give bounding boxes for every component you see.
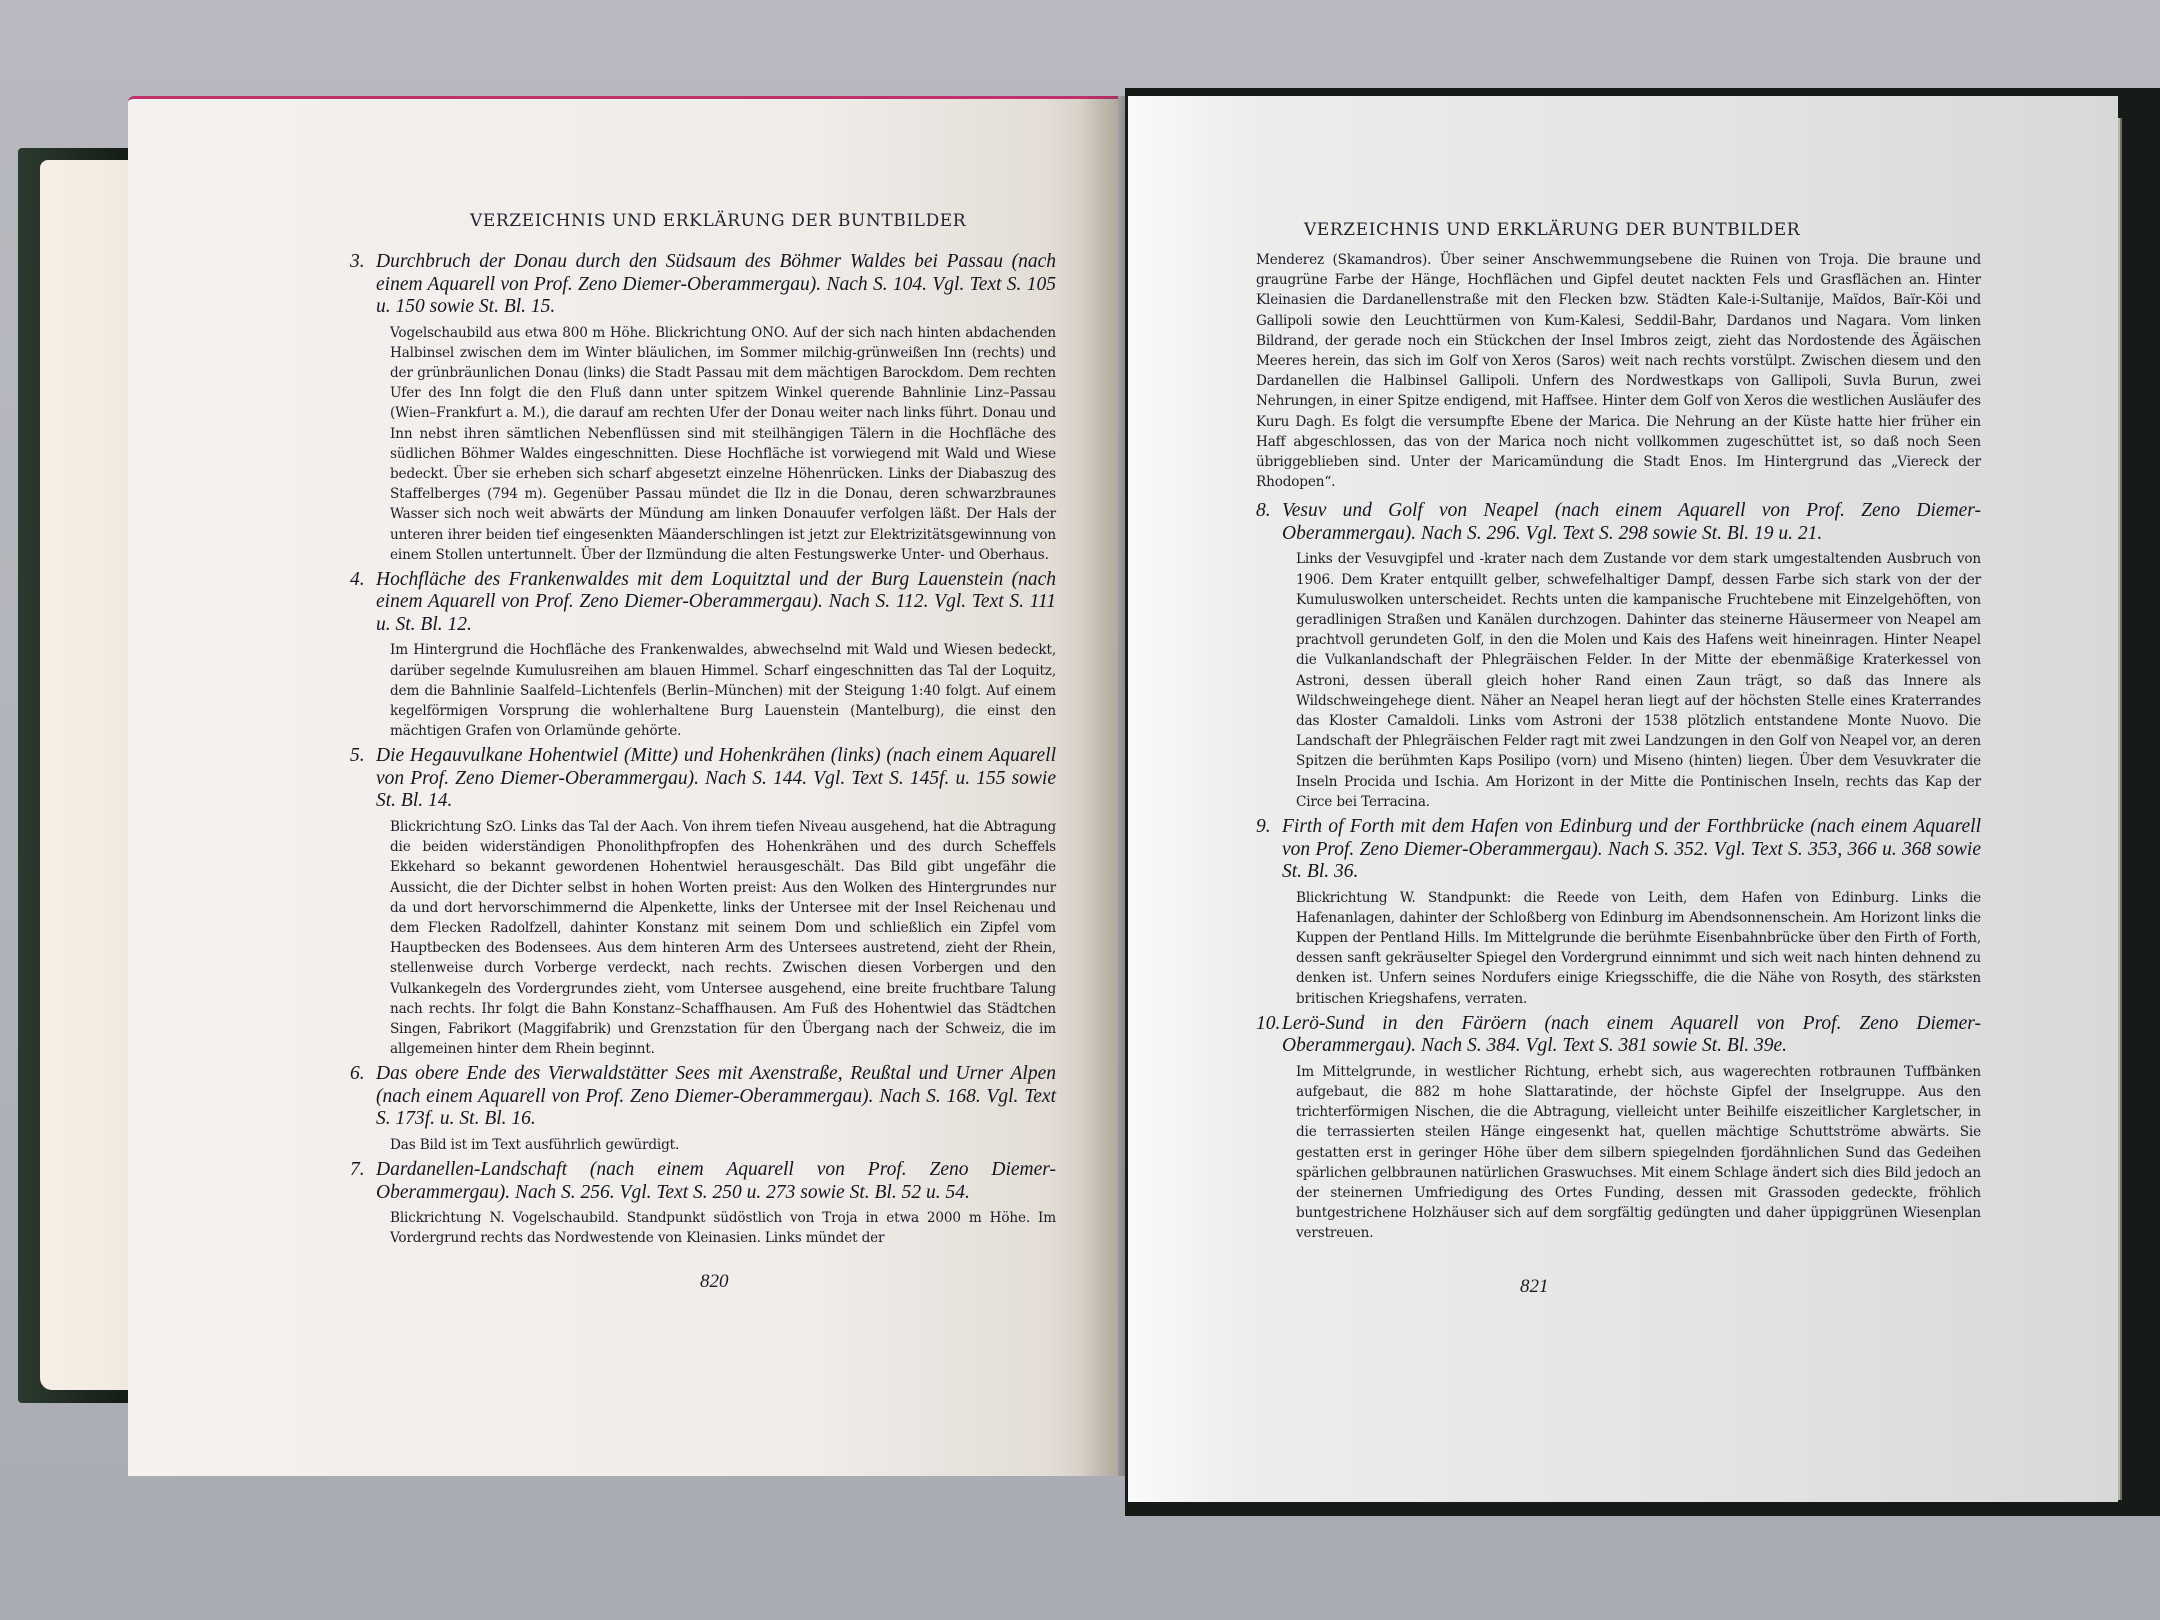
entry-number: 6.	[350, 1063, 376, 1086]
entry-title-text: Durchbruch der Donau durch den Südsaum d…	[376, 251, 1056, 317]
entry-number: 8.	[1256, 500, 1282, 523]
entry-title: 3.Durchbruch der Donau durch den Südsaum…	[350, 251, 1056, 319]
right-page-content: Menderez (Skamandros). Über seiner Ansch…	[1256, 250, 1981, 1248]
entry-body: Blickrichtung SzO. Links das Tal der Aac…	[350, 817, 1056, 1059]
entry-title-text: Hochfläche des Frankenwaldes mit dem Loq…	[376, 569, 1056, 635]
entry-8: 8.Vesuv und Golf von Neapel (nach einem …	[1256, 500, 1981, 812]
entry-number: 7.	[350, 1159, 376, 1182]
entry-title: 9.Firth of Forth mit dem Hafen von Edinb…	[1256, 816, 1981, 884]
entry-number: 3.	[350, 251, 376, 274]
entry-body: Blickrichtung W. Standpunkt: die Reede v…	[1256, 888, 1981, 1009]
entry-3: 3.Durchbruch der Donau durch den Südsaum…	[350, 251, 1056, 565]
entry-number: 4.	[350, 569, 376, 592]
entry-6: 6.Das obere Ende des Vierwaldstätter See…	[350, 1063, 1056, 1155]
entry-title: 10.Lerö-Sund in den Färöern (nach einem …	[1256, 1013, 1981, 1058]
entry-number: 5.	[350, 745, 376, 768]
entry-body: Links der Vesuvgipfel und -krater nach d…	[1256, 549, 1981, 812]
entry-title-text: Vesuv und Golf von Neapel (nach einem Aq…	[1282, 500, 1981, 544]
entry-9: 9.Firth of Forth mit dem Hafen von Edinb…	[1256, 816, 1981, 1009]
running-head-left: VERZEICHNIS UND ERKLÄRUNG DER BUNTBILDER	[470, 211, 970, 231]
entry-4: 4.Hochfläche des Frankenwaldes mit dem L…	[350, 569, 1056, 742]
entry-5: 5.Die Hegauvulkane Hohentwiel (Mitte) un…	[350, 745, 1056, 1059]
entry-title-text: Das obere Ende des Vierwaldstätter Sees …	[376, 1063, 1056, 1129]
entry-title-text: Lerö-Sund in den Färöern (nach einem Aqu…	[1282, 1013, 1981, 1057]
entry-title: 5.Die Hegauvulkane Hohentwiel (Mitte) un…	[350, 745, 1056, 813]
entry-title-text: Firth of Forth mit dem Hafen von Edinbur…	[1282, 816, 1981, 882]
entry-title: 8.Vesuv und Golf von Neapel (nach einem …	[1256, 500, 1981, 545]
entry-body: Blickrichtung N. Vogelschaubild. Standpu…	[350, 1208, 1056, 1248]
page-number-right: 821	[1520, 1276, 1549, 1298]
entry-10: 10.Lerö-Sund in den Färöern (nach einem …	[1256, 1013, 1981, 1244]
page-number-left: 820	[700, 1271, 729, 1293]
running-head-right: VERZEICHNIS UND ERKLÄRUNG DER BUNTBILDER	[1304, 220, 1864, 240]
entry-title-text: Die Hegauvulkane Hohentwiel (Mitte) und …	[376, 745, 1056, 811]
entry-body: Vogelschaubild aus etwa 800 m Höhe. Blic…	[350, 323, 1056, 565]
entry-body: Das Bild ist im Text ausführlich gewürdi…	[350, 1135, 1056, 1155]
entry-title: 4.Hochfläche des Frankenwaldes mit dem L…	[350, 569, 1056, 637]
left-page: VERZEICHNIS UND ERKLÄRUNG DER BUNTBILDER…	[128, 96, 1118, 1476]
entry-7-continuation: Menderez (Skamandros). Über seiner Ansch…	[1256, 250, 1981, 492]
entry-7: 7.Dardanellen-Landschaft (nach einem Aqu…	[350, 1159, 1056, 1248]
entry-title: 6.Das obere Ende des Vierwaldstätter See…	[350, 1063, 1056, 1131]
left-page-content: 3.Durchbruch der Donau durch den Südsaum…	[350, 251, 1056, 1253]
entry-number: 9.	[1256, 816, 1282, 839]
entry-title: 7.Dardanellen-Landschaft (nach einem Aqu…	[350, 1159, 1056, 1204]
entry-number: 10.	[1256, 1013, 1282, 1036]
entry-title-text: Dardanellen-Landschaft (nach einem Aquar…	[376, 1159, 1056, 1203]
right-page: VERZEICHNIS UND ERKLÄRUNG DER BUNTBILDER…	[1128, 96, 2118, 1502]
entry-body: Im Hintergrund die Hochfläche des Franke…	[350, 640, 1056, 741]
entry-body: Im Mittelgrunde, in westlicher Richtung,…	[1256, 1062, 1981, 1244]
gutter-shadow	[1080, 96, 1128, 1476]
